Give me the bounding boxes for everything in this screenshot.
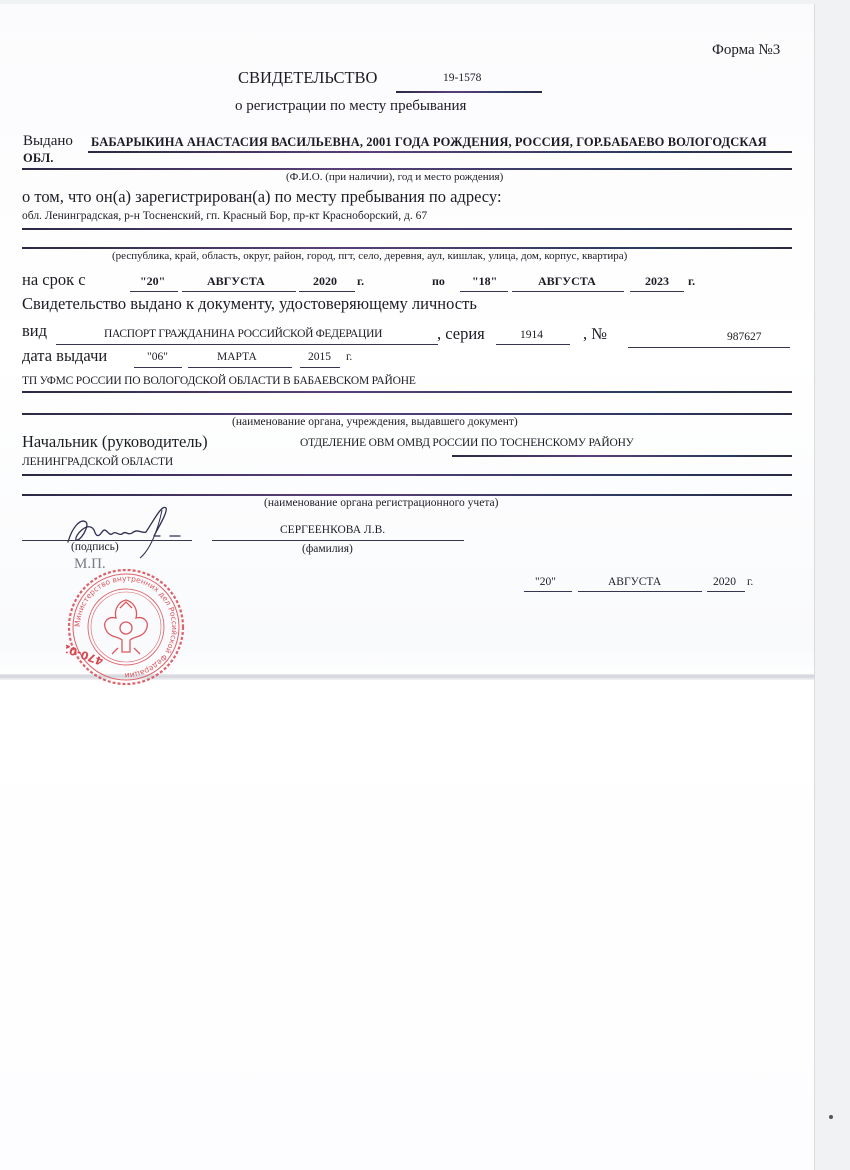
number-underline	[396, 91, 542, 93]
identity-doc-series-label: , серия	[437, 324, 485, 344]
form-label: Форма №3	[712, 42, 780, 59]
authority-underline2	[22, 474, 792, 476]
address-intro: о том, что он(а) зарегистрирован(а) по м…	[22, 187, 502, 207]
term-to-month: АВГУСТА	[538, 274, 596, 289]
term-from-day-underline	[130, 291, 178, 292]
issue-date-day: "06"	[147, 351, 168, 363]
signoff-date-year-underline	[707, 591, 745, 592]
authority-label: Начальник (руководитель)	[22, 432, 208, 452]
issued-to-label: Выдано	[23, 133, 73, 150]
signature-caption: (подпись)	[71, 541, 119, 553]
issue-date-day-underline	[134, 367, 182, 368]
issue-date-month: МАРТА	[217, 351, 257, 363]
identity-doc-series-underline	[496, 344, 570, 345]
identity-doc-series-value: 1914	[520, 329, 543, 341]
issued-to-name-line1: БАБАРЫКИНА АНАСТАСИЯ ВАСИЛЬЕВНА, 2001 ГО…	[91, 135, 767, 150]
certificate-number: 19-1578	[443, 72, 481, 84]
issued-to-underline1	[88, 151, 792, 153]
issued-to-name-line2: ОБЛ.	[23, 151, 54, 166]
certificate-subtitle: о регистрации по месту пребывания	[235, 98, 466, 115]
issue-date-year-suffix: г.	[346, 351, 352, 363]
signoff-date-day: "20"	[535, 576, 556, 588]
term-to-day: "18"	[472, 274, 497, 289]
signoff-date-year: 2020	[713, 576, 736, 588]
signoff-date-day-underline	[524, 591, 572, 592]
identity-doc-intro: Свидетельство выдано к документу, удосто…	[22, 294, 477, 314]
issue-date-month-underline	[188, 367, 292, 368]
identity-doc-issuer: ТП УФМС РОССИИ ПО ВОЛОГОДСКОЙ ОБЛАСТИ В …	[22, 375, 416, 387]
issuer-underline1	[22, 391, 792, 393]
surname-underline	[212, 540, 464, 541]
authority-value-line2: ЛЕНИНГРАДСКОЙ ОБЛАСТИ	[22, 456, 173, 468]
term-from-year-underline	[299, 291, 355, 292]
authority-underline1	[452, 455, 792, 457]
signoff-date-month: АВГУСТА	[608, 576, 661, 588]
term-to-year-underline	[630, 291, 684, 292]
identity-doc-number-value: 987627	[727, 331, 762, 343]
identity-doc-type-value: ПАСПОРТ ГРАЖДАНИНА РОССИЙСКОЙ ФЕДЕРАЦИИ	[104, 328, 382, 340]
address-underline2	[22, 247, 792, 249]
identity-doc-type-label: вид	[22, 321, 47, 341]
term-to-month-underline	[512, 291, 624, 292]
scan-speck	[829, 1115, 833, 1119]
identity-doc-number-label: , №	[583, 324, 607, 344]
term-from-day: "20"	[140, 274, 165, 289]
issue-date-year-underline	[300, 367, 340, 368]
term-to-year-suffix: г.	[688, 274, 695, 289]
term-from-month-underline	[182, 291, 296, 292]
term-to-day-underline	[460, 291, 508, 292]
term-from-year-suffix: г.	[357, 274, 364, 289]
certificate-title: СВИДЕТЕЛЬСТВО	[238, 68, 377, 88]
issuer-underline2	[22, 413, 792, 415]
term-from-year: 2020	[313, 274, 337, 289]
official-seal-stamp: Министерство внутренних дел Российской Ф…	[66, 566, 186, 688]
surname-caption: (фамилия)	[302, 543, 353, 555]
issue-date-label: дата выдачи	[22, 346, 107, 366]
eagle-emblem-icon	[105, 600, 148, 654]
issuer-caption: (наименование органа, учреждения, выдавш…	[232, 416, 518, 428]
issued-to-underline2	[22, 168, 792, 170]
address-caption: (республика, край, область, округ, район…	[112, 250, 627, 262]
signoff-date-year-suffix: г.	[747, 576, 753, 588]
term-to-year: 2023	[645, 274, 669, 289]
issued-to-caption: (Ф.И.О. (при наличии), год и место рожде…	[286, 171, 503, 183]
address-value: обл. Ленинградская, р-н Тосненский, гп. …	[22, 210, 427, 222]
authority-caption: (наименование органа регистрационного уч…	[264, 497, 498, 509]
term-from-label: на срок с	[22, 270, 86, 290]
signoff-date-month-underline	[578, 591, 702, 592]
authority-underline3	[22, 494, 792, 496]
surname-value: СЕРГЕЕНКОВА Л.В.	[280, 524, 385, 536]
address-underline1	[22, 228, 792, 230]
authority-value-line1: ОТДЕЛЕНИЕ ОВМ ОМВД РОССИИ ПО ТОСНЕНСКОМУ…	[300, 437, 634, 449]
term-from-month: АВГУСТА	[207, 274, 265, 289]
identity-doc-number-underline	[628, 347, 790, 348]
identity-doc-type-underline	[56, 344, 438, 345]
term-to-label: по	[432, 274, 445, 289]
issue-date-year: 2015	[308, 351, 331, 363]
